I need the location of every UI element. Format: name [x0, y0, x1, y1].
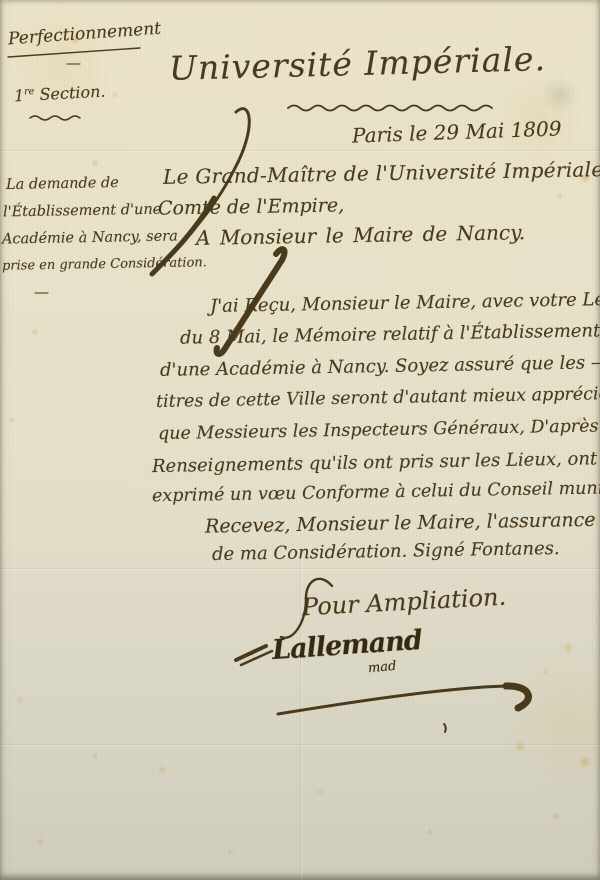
body-line: J'ai Reçu, Monsieur le Maire, avec votre… — [210, 288, 600, 317]
signature-flourish-hook — [506, 686, 528, 708]
margin-heading-wavy-underline — [30, 116, 80, 120]
dateline: Paris le 29 Mai 1809 — [352, 116, 562, 147]
body-line: d'une Académie à Nancy. Soyez assuré que… — [160, 352, 600, 381]
stray-comma-mark — [444, 724, 446, 732]
margin-heading-line2: 1re Section. — [14, 82, 106, 106]
margin-heading-line1: Perfectionnement — [7, 19, 161, 50]
fold-crease-vertical — [300, 560, 301, 880]
margin-note-line: Académie à Nancy, sera — [2, 228, 178, 247]
margin-note-dash: — — [34, 283, 49, 301]
letter-page: Perfectionnement — 1re Section. La deman… — [0, 0, 600, 880]
margin-note-line: prise en grande Considération. — [2, 255, 207, 274]
signature-paraph: mad — [367, 659, 397, 676]
signature-lead-stroke — [236, 646, 266, 660]
body-line: exprimé un vœu Conforme à celui du Conse… — [152, 478, 600, 507]
body-line: titres de cette Ville seront d'autant mi… — [156, 384, 600, 412]
margin-heading-word: Section. — [34, 82, 106, 105]
margin-note-line: l'Établissement d'une — [3, 202, 162, 221]
sender-line-1: Le Grand-Maître de l'Université Impérial… — [163, 157, 600, 189]
ampliation-line: Pour Ampliation. — [301, 583, 506, 622]
body-line: que Messieurs les Inspecteurs Généraux, … — [158, 416, 600, 444]
body-line: du 8 Mai, le Mémoire relatif à l'Établis… — [180, 320, 600, 348]
closing-line-2: de ma Considération. Signé Fontanes. — [212, 538, 560, 565]
margin-note-line: La demande de — [6, 175, 119, 193]
signature-name: Lallemand — [271, 625, 423, 666]
signature-flourish — [278, 686, 506, 714]
signature-lead-stroke-2 — [241, 651, 272, 665]
letter-title: Université Impériale. — [160, 39, 556, 88]
fold-crease-horizontal-top — [0, 150, 600, 151]
margin-heading-dash: — — [66, 54, 81, 72]
body-line: Renseignements qu'ils ont pris sur les L… — [152, 448, 600, 477]
title-wavy-underline — [288, 106, 492, 111]
closing-line-1: Recevez, Monsieur le Maire, l'assurance … — [205, 508, 600, 537]
recipient-line: A Monsieur le Maire de Nancy. — [196, 220, 526, 250]
sender-line-2: Comte de l'Empire, — [158, 194, 345, 219]
